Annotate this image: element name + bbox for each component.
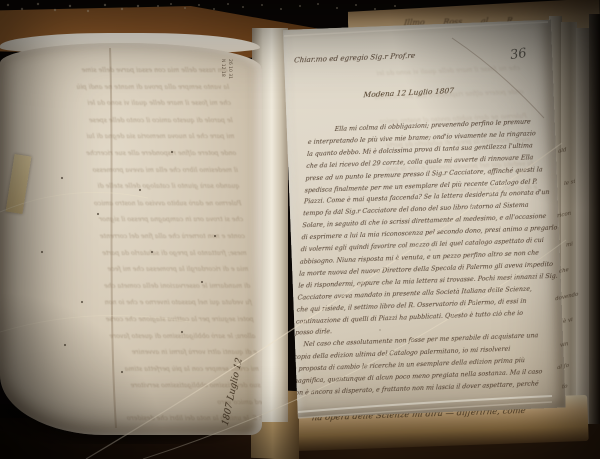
- bleed-line: quando sarà giunto il catalogo delle ste…: [0, 179, 241, 196]
- edge-fragment: vin: [560, 341, 569, 349]
- folio-number-pencil: 36: [509, 46, 528, 63]
- bleed-line: che si trova ora in campagna presso il s…: [2, 212, 244, 229]
- letter-body: Ella mi colma di obbligazioni; prevenend…: [291, 115, 563, 399]
- manuscript-photo: Illmo Ross al R na opera delle Scienze m…: [0, 0, 600, 459]
- bleed-line: allora; le sarò obbligatissimo di questo…: [15, 329, 257, 346]
- edge-fragment: mi: [566, 241, 573, 248]
- bleed-line: om rasse delle mia con essai parve delle…: [0, 63, 228, 80]
- archival-number-line: 26 10 31: [226, 59, 233, 79]
- right-page-letter: che mi fosse il mare delle quali vi sono…: [283, 20, 566, 418]
- archival-numbers: 26 10 31 N 12 18: [219, 59, 232, 79]
- edge-fragment: ricon: [557, 210, 571, 219]
- edge-fragment: to: [562, 383, 568, 390]
- bleed-line: di mandarmi le osservazioni della cometa…: [9, 279, 251, 296]
- bleed-line: onde potere alfine rispondere alle sue r…: [0, 146, 237, 163]
- left-page: om rasse delle mia con essai parve delle…: [0, 43, 262, 435]
- edge-fragment: ald: [558, 147, 567, 155]
- bleed-line: mia e di ricordargli la promessa che mi …: [8, 262, 250, 279]
- bleed-line: mi pare che la nuova memoria sia degna d…: [0, 129, 235, 146]
- bleed-line: suo devotissimo obbligatissimo servitore: [20, 378, 262, 395]
- bleed-line: potei seguire per la cattiva stagione ch…: [13, 312, 255, 329]
- left-page-bleedthrough: om rasse delle mia con essai parve delle…: [0, 63, 262, 431]
- edge-fragment: dovendo: [555, 292, 578, 303]
- bleed-line: la vanto sempre alla prova di mante ne a…: [0, 80, 230, 97]
- edge-fragment: che: [559, 267, 569, 275]
- bleed-line: mi creda sempre con la più perfetta stim…: [18, 362, 260, 379]
- edge-fragment: al fo: [557, 363, 569, 372]
- bleed-line: che mi fosse il mare delle quali vi sono…: [0, 96, 232, 113]
- bleed-line: fu veduta qui nel passato inverno e che …: [11, 295, 253, 312]
- edge-fragment: le si: [564, 179, 576, 187]
- bleed-line: e di quanti altri vorrà farmi in avvenir…: [16, 345, 258, 362]
- next-page-word-fragments: ald le si ricon mi che dovendo è vi vin …: [550, 0, 600, 459]
- bleed-line: Palermo ne darò subito avviso al nostro …: [1, 196, 243, 213]
- bleed-line: il medesimo libro che ella mi aveva prom…: [0, 163, 239, 180]
- bleed-line: conte e non tornerà che alla fine del co…: [4, 229, 246, 246]
- bleed-line: le parole di questo amico il conto delle…: [0, 113, 234, 130]
- edge-fragment: è vi: [563, 317, 573, 325]
- archival-number-line: N 12 18: [219, 59, 226, 79]
- bleed-line: mese; frattanto la prego di salutarlo da…: [6, 246, 248, 263]
